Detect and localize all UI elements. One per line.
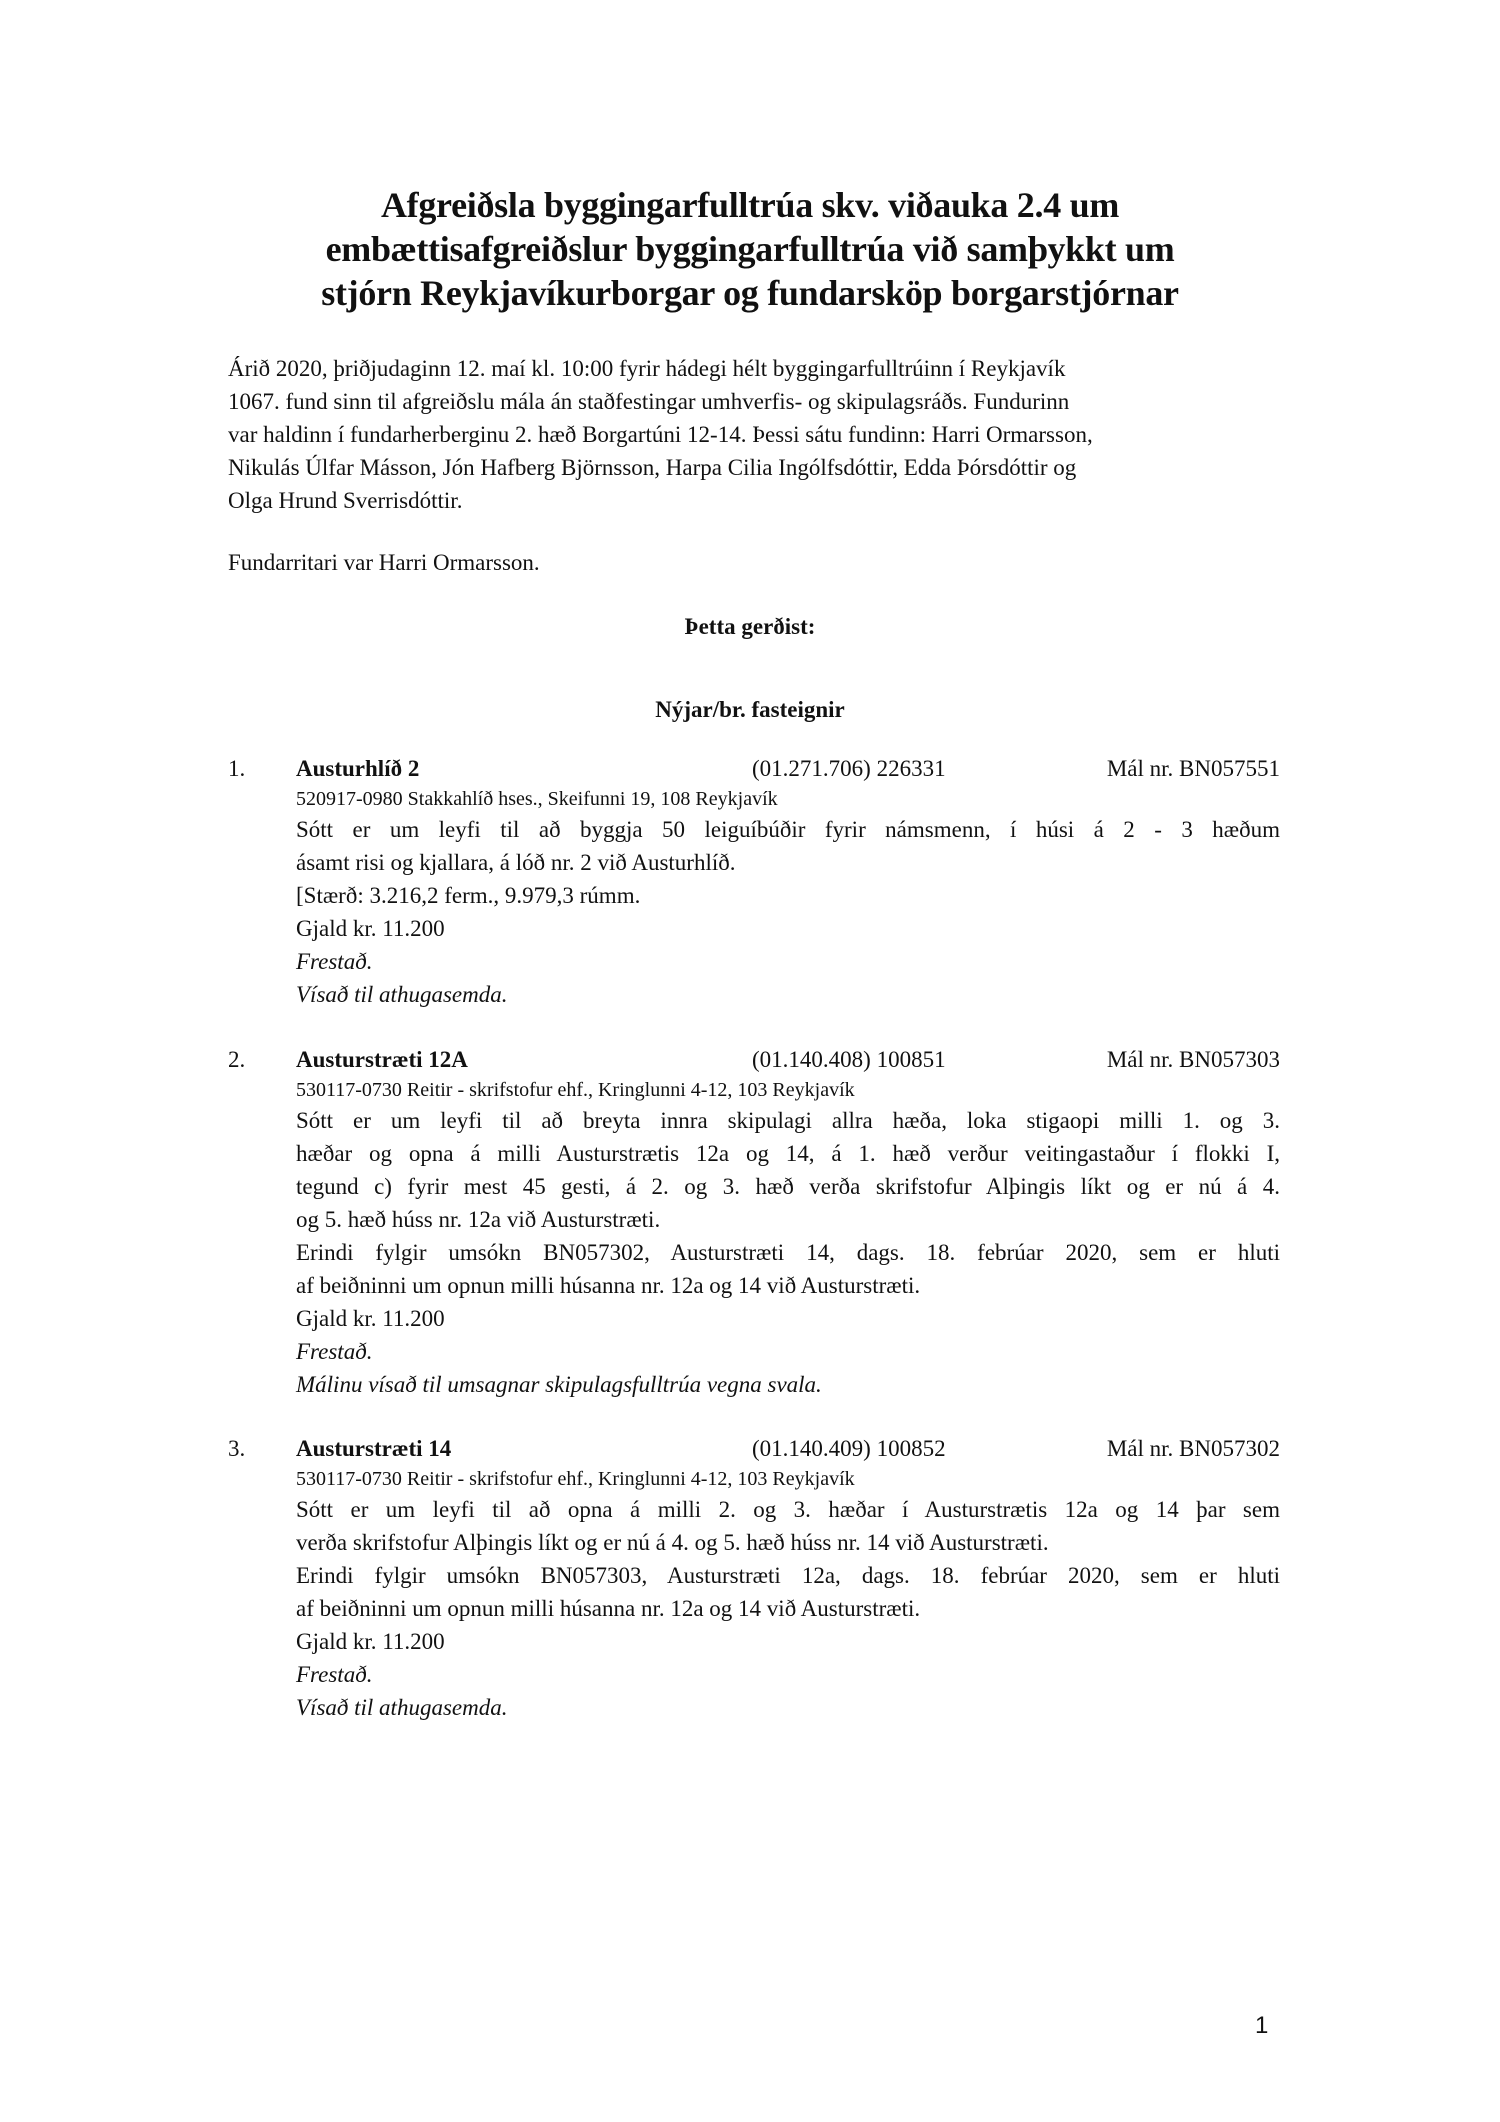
- case-fee: Gjald kr. 11.200: [296, 1625, 1280, 1658]
- case-reference: Mál nr. BN057551: [1107, 752, 1280, 785]
- intro-line: Árið 2020, þriðjudaginn 12. maí kl. 10:0…: [228, 352, 1288, 385]
- subsection-heading: Nýjar/br. fasteignir: [200, 697, 1300, 723]
- case-number: 3.: [228, 1432, 245, 1465]
- extra-line: Erindi fylgir umsókn BN057302, Austurstr…: [296, 1236, 1280, 1269]
- intro-line: var haldinn í fundarherberginu 2. hæð Bo…: [228, 418, 1288, 451]
- description-line: verða skrifstofur Alþingis líkt og er nú…: [296, 1526, 1280, 1559]
- case-body: 530117-0730 Reitir - skrifstofur ehf., K…: [296, 1465, 1280, 1724]
- description-line: Sótt er um leyfi til að breyta innra ski…: [296, 1104, 1280, 1137]
- case-item: 3. Austurstræti 14 (01.140.409) 100852 M…: [228, 1432, 1280, 1724]
- case-fee: Gjald kr. 11.200: [296, 912, 1280, 945]
- meeting-secretary: Fundarritari var Harri Ormarsson.: [228, 546, 540, 579]
- description-line: Sótt er um leyfi til að opna á milli 2. …: [296, 1493, 1280, 1526]
- case-description: Sótt er um leyfi til að byggja 50 leiguí…: [296, 813, 1280, 879]
- page-number: 1: [1255, 2012, 1268, 2040]
- case-decision: Frestað.: [296, 1658, 1280, 1691]
- case-description: Sótt er um leyfi til að opna á milli 2. …: [296, 1493, 1280, 1559]
- description-line: og 5. hæð húss nr. 12a við Austurstræti.: [296, 1203, 1280, 1236]
- case-header: 2. Austurstræti 12A (01.140.408) 100851 …: [228, 1043, 1280, 1076]
- extra-line: af beiðninni um opnun milli húsanna nr. …: [296, 1269, 1280, 1302]
- case-description: Sótt er um leyfi til að breyta innra ski…: [296, 1104, 1280, 1236]
- case-lot-id: (01.140.409) 100852: [752, 1432, 946, 1465]
- description-line: tegund c) fyrir mest 45 gesti, á 2. og 3…: [296, 1170, 1280, 1203]
- case-decision: Frestað.: [296, 1335, 1280, 1368]
- description-line: Sótt er um leyfi til að byggja 50 leiguí…: [296, 813, 1280, 846]
- case-number: 2.: [228, 1043, 245, 1076]
- title-line: Afgreiðsla byggingarfulltrúa skv. viðauk…: [200, 183, 1300, 227]
- case-header: 1. Austurhlíð 2 (01.271.706) 226331 Mál …: [228, 752, 1280, 785]
- description-line: ásamt risi og kjallara, á lóð nr. 2 við …: [296, 846, 1280, 879]
- case-applicant: 530117-0730 Reitir - skrifstofur ehf., K…: [296, 1465, 1280, 1493]
- title-line: stjórn Reykjavíkurborgar og fundarsköp b…: [200, 271, 1300, 315]
- case-number: 1.: [228, 752, 245, 785]
- case-extra: Erindi fylgir umsókn BN057303, Austurstr…: [296, 1559, 1280, 1625]
- intro-line: 1067. fund sinn til afgreiðslu mála án s…: [228, 385, 1288, 418]
- case-address: Austurstræti 12A: [296, 1043, 468, 1076]
- case-applicant: 530117-0730 Reitir - skrifstofur ehf., K…: [296, 1076, 1280, 1104]
- case-reference: Mál nr. BN057302: [1107, 1432, 1280, 1465]
- case-note: Vísað til athugasemda.: [296, 978, 1280, 1011]
- document-title: Afgreiðsla byggingarfulltrúa skv. viðauk…: [200, 183, 1300, 315]
- case-note: Málinu vísað til umsagnar skipulagsfullt…: [296, 1368, 1280, 1401]
- case-extra: Erindi fylgir umsókn BN057302, Austurstr…: [296, 1236, 1280, 1302]
- title-line: embættisafgreiðslur byggingarfulltrúa vi…: [200, 227, 1300, 271]
- case-body: 530117-0730 Reitir - skrifstofur ehf., K…: [296, 1076, 1280, 1401]
- case-decision: Frestað.: [296, 945, 1280, 978]
- case-reference: Mál nr. BN057303: [1107, 1043, 1280, 1076]
- meeting-intro: Árið 2020, þriðjudaginn 12. maí kl. 10:0…: [228, 352, 1288, 517]
- description-line: hæðar og opna á milli Austurstrætis 12a …: [296, 1137, 1280, 1170]
- intro-line: Olga Hrund Sverrisdóttir.: [228, 484, 1288, 517]
- case-lot-id: (01.271.706) 226331: [752, 752, 946, 785]
- section-heading: Þetta gerðist:: [200, 614, 1300, 640]
- case-body: 520917-0980 Stakkahlíð hses., Skeifunni …: [296, 785, 1280, 1011]
- case-address: Austurstræti 14: [296, 1432, 451, 1465]
- case-extra: [Stærð: 3.216,2 ferm., 9.979,3 rúmm.: [296, 879, 1280, 912]
- case-note: Vísað til athugasemda.: [296, 1691, 1280, 1724]
- case-item: 2. Austurstræti 12A (01.140.408) 100851 …: [228, 1043, 1280, 1401]
- case-address: Austurhlíð 2: [296, 752, 419, 785]
- case-lot-id: (01.140.408) 100851: [752, 1043, 946, 1076]
- case-item: 1. Austurhlíð 2 (01.271.706) 226331 Mál …: [228, 752, 1280, 1011]
- extra-line: Erindi fylgir umsókn BN057303, Austurstr…: [296, 1559, 1280, 1592]
- case-fee: Gjald kr. 11.200: [296, 1302, 1280, 1335]
- case-applicant: 520917-0980 Stakkahlíð hses., Skeifunni …: [296, 785, 1280, 813]
- extra-line: af beiðninni um opnun milli húsanna nr. …: [296, 1592, 1280, 1625]
- intro-line: Nikulás Úlfar Másson, Jón Hafberg Björns…: [228, 451, 1288, 484]
- case-header: 3. Austurstræti 14 (01.140.409) 100852 M…: [228, 1432, 1280, 1465]
